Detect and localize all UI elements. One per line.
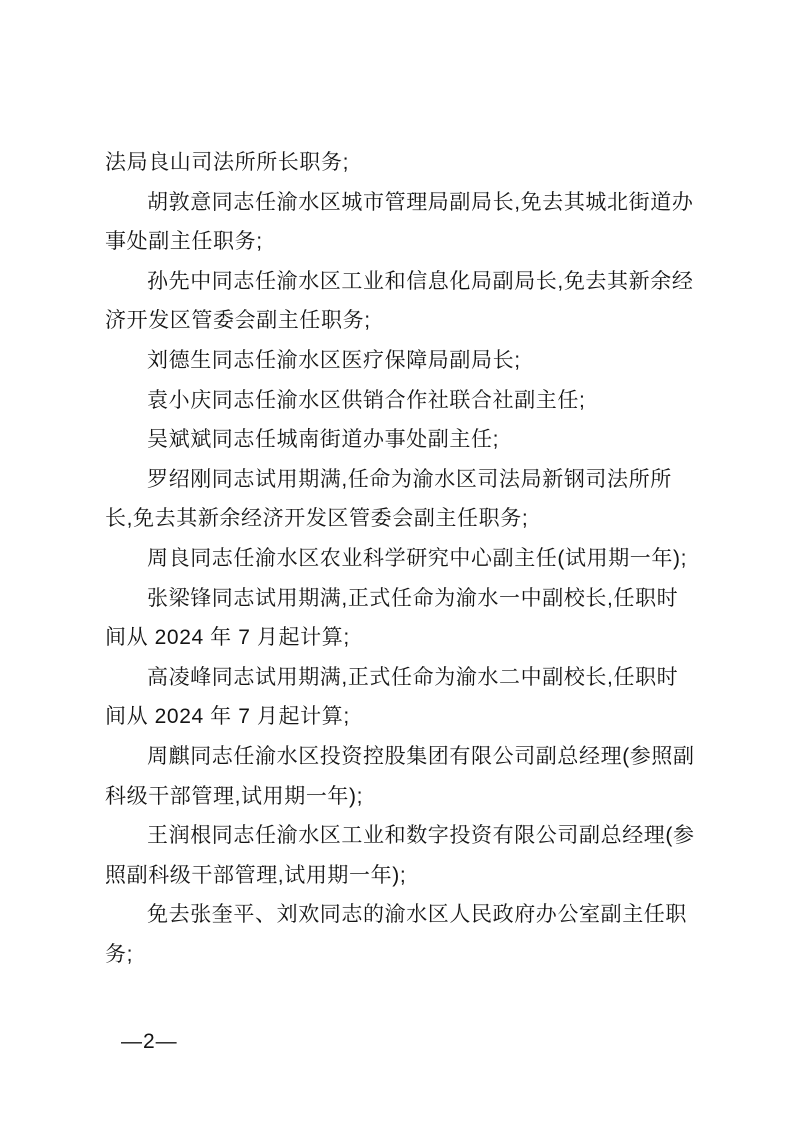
text-line: 间从 2024 年 7 月起计算; [105,697,725,737]
document-body: 法局良山司法所所长职务;胡敦意同志任渝水区城市管理局副局长,免去其城北街道办事处… [105,143,725,974]
text-line: 济开发区管委会副主任职务; [105,301,725,341]
text-line: 罗绍刚同志试用期满,任命为渝水区司法局新钢司法所所 [105,460,725,500]
text-line: 高凌峰同志试用期满,正式任命为渝水二中副校长,任职时 [105,658,725,698]
text-line: 吴斌斌同志任城南街道办事处副主任; [105,420,725,460]
text-line: 免去张奎平、刘欢同志的渝水区人民政府办公室副主任职 [105,895,725,935]
text-line: 孙先中同志任渝水区工业和信息化局副局长,免去其新余经 [105,262,725,302]
text-line: 长,免去其新余经济开发区管委会副主任职务; [105,499,725,539]
text-line: 务; [105,935,725,975]
text-line: 科级干部管理,试用期一年); [105,777,725,817]
page-number: —2— [121,1022,178,1062]
text-line: 王润根同志任渝水区工业和数字投资有限公司副总经理(参 [105,816,725,856]
text-line: 周良同志任渝水区农业科学研究中心副主任(试用期一年); [105,539,725,579]
text-line: 照副科级干部管理,试用期一年); [105,856,725,896]
text-line: 事处副主任职务; [105,222,725,262]
document-page: 法局良山司法所所长职务;胡敦意同志任渝水区城市管理局副局长,免去其城北街道办事处… [0,0,793,1122]
text-line: 周麒同志任渝水区投资控股集团有限公司副总经理(参照副 [105,737,725,777]
text-line: 张梁锋同志试用期满,正式任命为渝水一中副校长,任职时 [105,579,725,619]
text-line: 胡敦意同志任渝水区城市管理局副局长,免去其城北街道办 [105,183,725,223]
text-line: 法局良山司法所所长职务; [105,143,725,183]
text-line: 间从 2024 年 7 月起计算; [105,618,725,658]
text-line: 袁小庆同志任渝水区供销合作社联合社副主任; [105,381,725,421]
text-line: 刘德生同志任渝水区医疗保障局副局长; [105,341,725,381]
